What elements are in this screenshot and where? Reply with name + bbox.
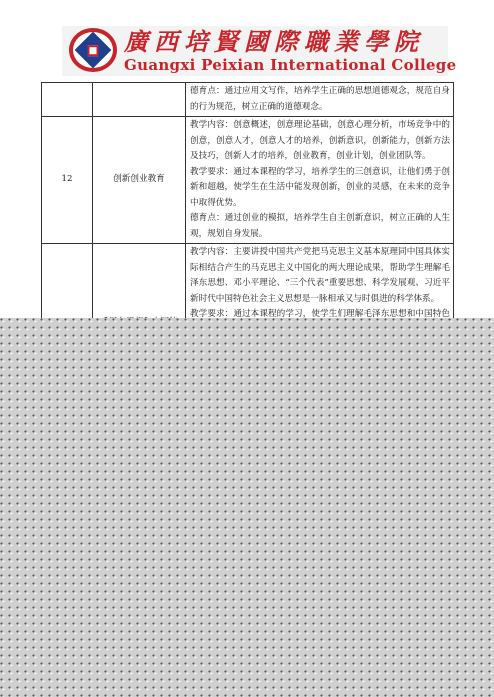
book-icon	[88, 45, 99, 56]
dotted-mask-overlay	[0, 318, 494, 697]
college-name-chinese: 廣西培賢國際職業學院	[124, 28, 424, 56]
teaching-requirement: 教学要求：通过本课程的学习，培养学生的三创意识，让他们勇于创新和超越，使学生在生…	[190, 165, 450, 212]
course-description: 教学内容：创意概述，创意理论基础，创意心理分析，市场竞争中的创意，创意人才，创意…	[186, 117, 454, 244]
teaching-content: 教学内容：创意概述，创意理论基础，创意心理分析，市场竞争中的创意，创意人才，创意…	[190, 118, 450, 165]
header-banner: 廣西培賢國際職業學院 Guangxi Peixian International…	[62, 26, 448, 76]
course-name	[93, 83, 186, 117]
teaching-content: 教学内容：主要讲授中国共产党把马克思主义基本原理同中国具体实际相结合产生的马克思…	[190, 245, 450, 307]
course-number	[42, 83, 93, 117]
table-row: 12 创新创业教育 教学内容：创意概述，创意理论基础，创意心理分析，市场竞争中的…	[42, 117, 454, 244]
course-number: 12	[42, 117, 93, 244]
moral-education-point: 德育点：通过应用文写作，培养学生正确的思想道德观念，规范自身的行为规范，树立正确…	[190, 84, 450, 115]
course-description: 德育点：通过应用文写作，培养学生正确的思想道德观念，规范自身的行为规范，树立正确…	[186, 83, 454, 117]
moral-education-point: 德育点：通过创业的模拟，培养学生自主创新意识，树立正确的人生观，规划自身发展。	[190, 211, 450, 242]
college-logo-icon	[69, 28, 117, 72]
college-name-english: Guangxi Peixian International College	[124, 57, 456, 74]
table-row: 德育点：通过应用文写作，培养学生正确的思想道德观念，规范自身的行为规范，树立正确…	[42, 83, 454, 117]
course-name: 创新创业教育	[93, 117, 186, 244]
